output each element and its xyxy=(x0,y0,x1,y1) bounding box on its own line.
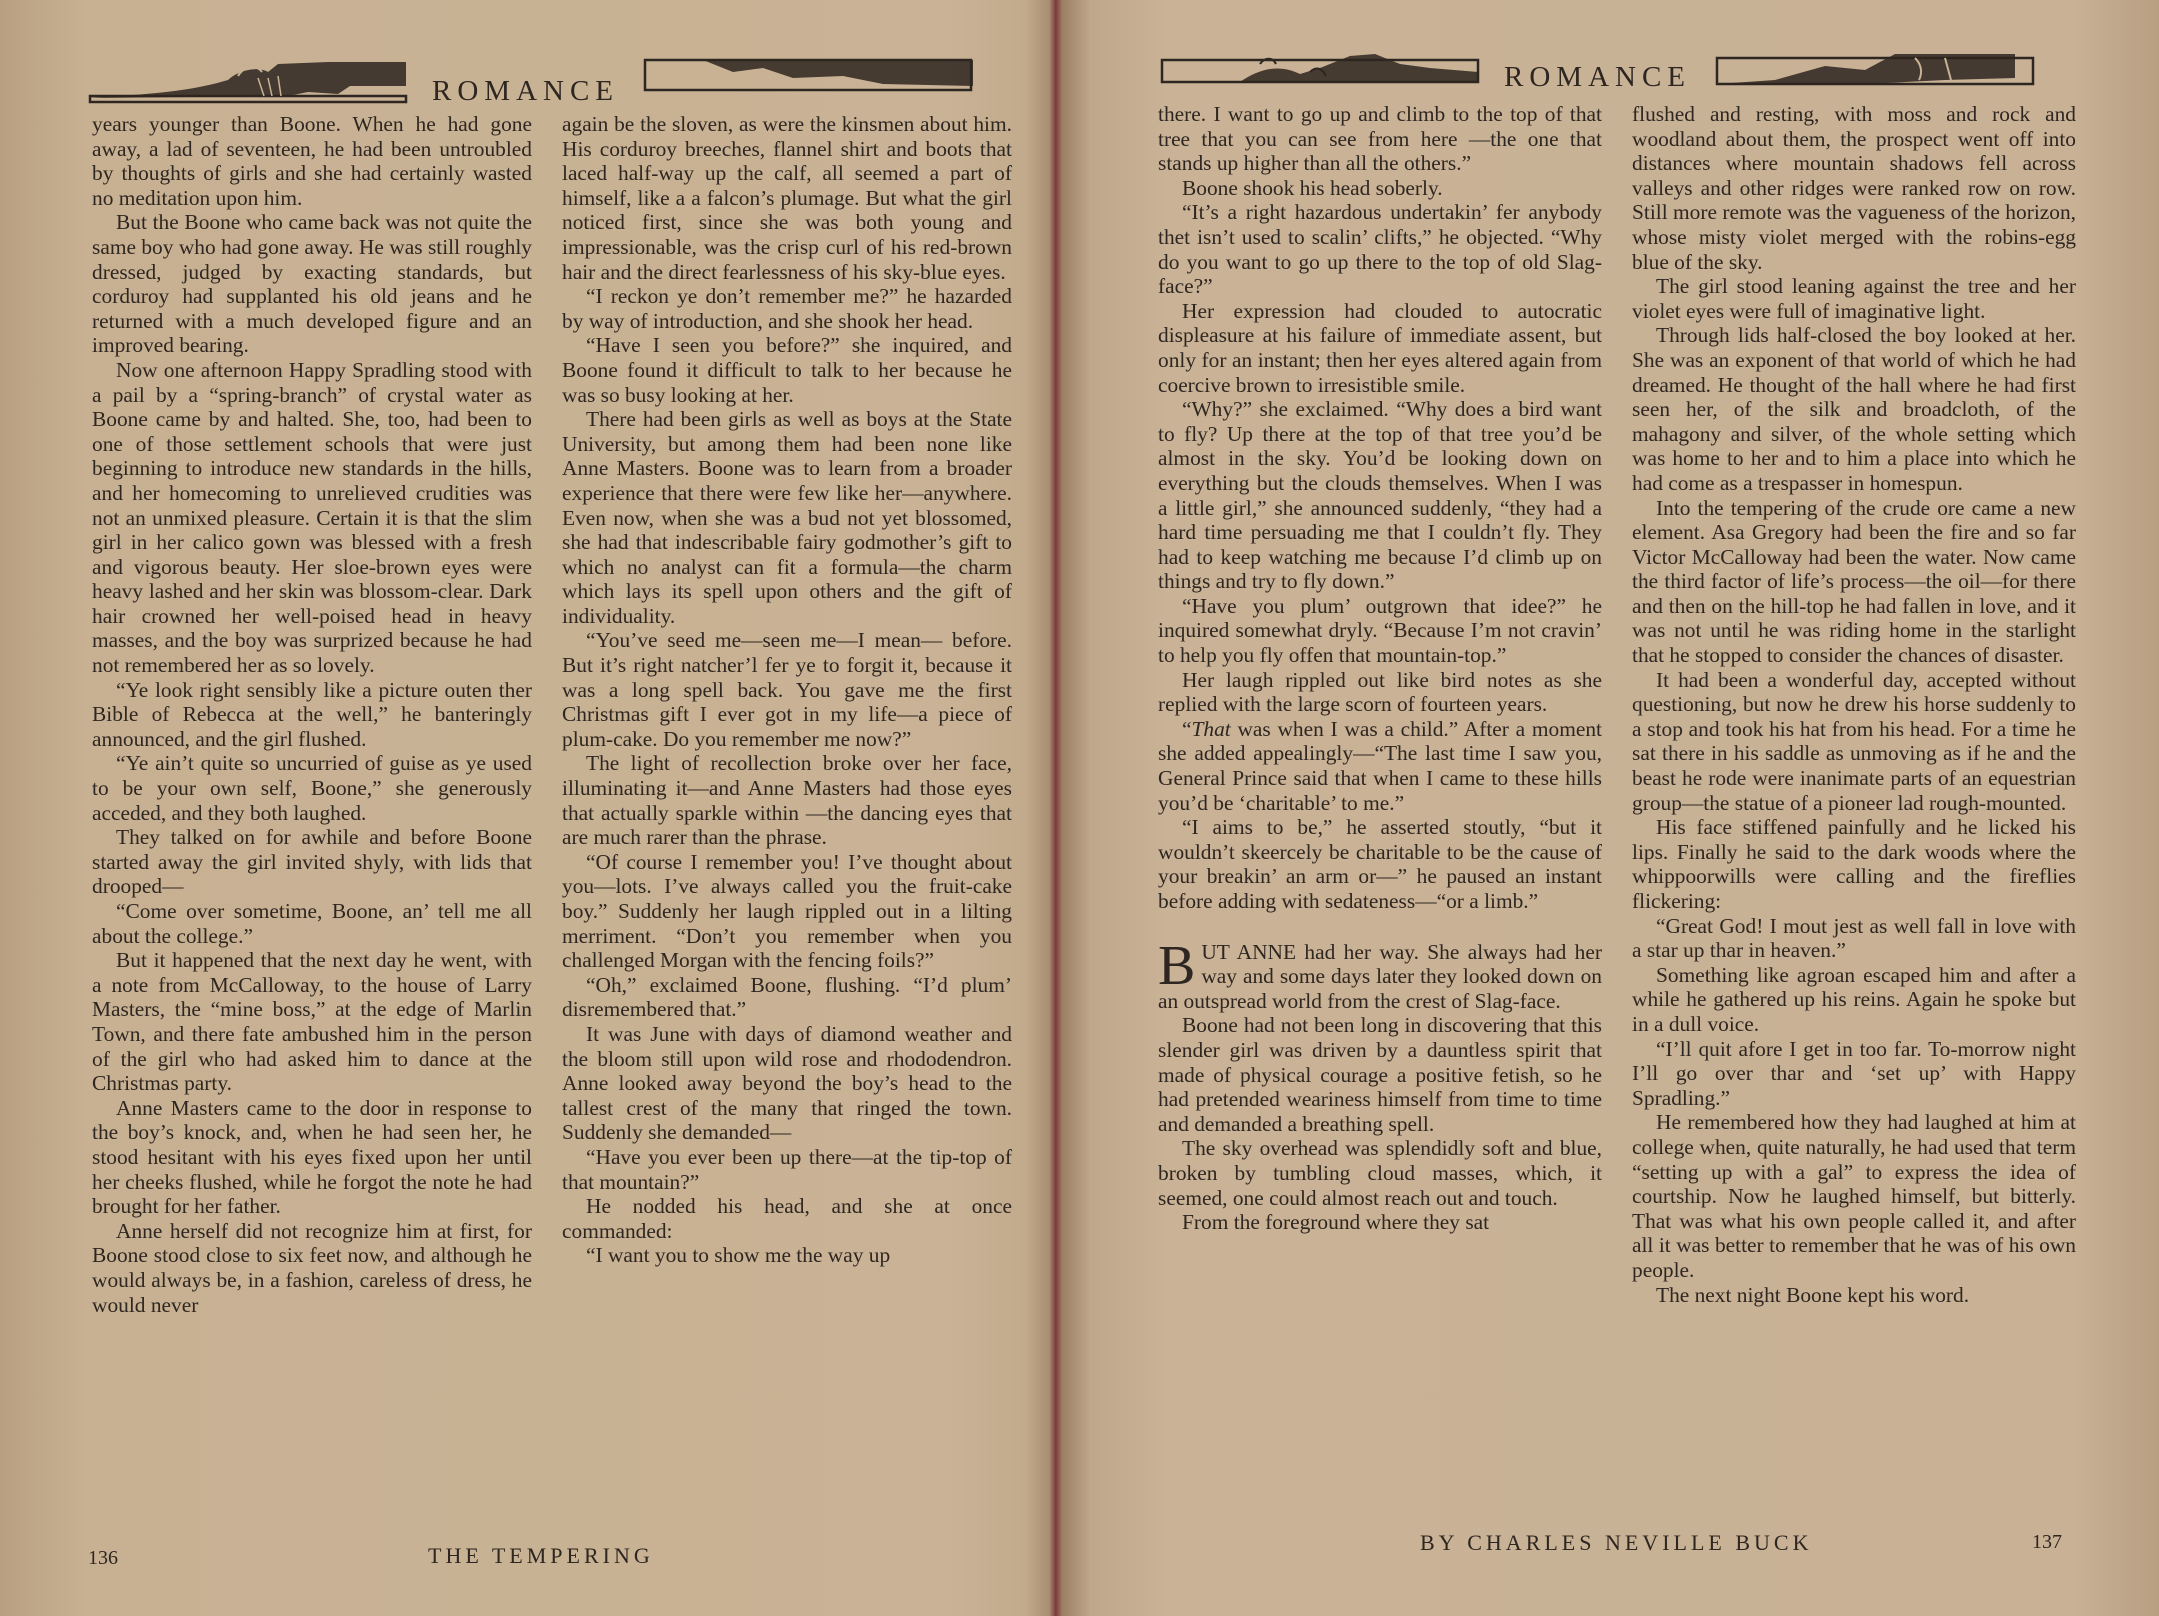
small-caps-lead: UT ANNE xyxy=(1201,940,1296,964)
right-column-2: flushed and resting, with moss and rock … xyxy=(1632,102,2076,1307)
left-running-head: ROMANCE xyxy=(88,58,973,106)
magazine-spread: ROMANCE years younger than Boone. When h… xyxy=(0,0,2159,1616)
paragraph: It had been a wonderful day, accepted wi… xyxy=(1632,668,2076,816)
drop-cap: B xyxy=(1158,944,1195,988)
paragraph: “I want you to show me the way up xyxy=(562,1243,1012,1268)
paragraph: years younger than Boone. When he had go… xyxy=(92,112,532,210)
paragraph: From the foreground where they sat xyxy=(1158,1210,1602,1235)
paragraph: He nodded his head, and she at once comm… xyxy=(562,1194,1012,1243)
running-head-title: ROMANCE xyxy=(1504,63,1691,92)
paragraph: flushed and resting, with moss and rock … xyxy=(1632,102,2076,274)
italic-emphasis: That xyxy=(1192,717,1231,741)
landscape-vignette-icon xyxy=(88,58,408,106)
paragraph: “Come over sometime, Boone, an’ tell me … xyxy=(92,899,532,948)
landscape-vignette-icon xyxy=(643,58,973,106)
paragraph: Her laugh rippled out like bird notes as… xyxy=(1158,668,1602,717)
paragraph: Boone had not been long in discovering t… xyxy=(1158,1013,1602,1136)
paragraph: “Oh,” exclaimed Boone, flushing. “I’d pl… xyxy=(562,973,1012,1022)
paragraph: “I aims to be,” he asserted stoutly, “bu… xyxy=(1158,815,1602,913)
paragraph: “Great God! I mout jest as well fall in … xyxy=(1632,914,2076,963)
right-column-1: there. I want to go up and climb to the … xyxy=(1158,102,1602,1235)
paragraph: The light of recollection broke over her… xyxy=(562,751,1012,849)
paragraph: “That was when I was a child.” After a m… xyxy=(1158,717,1602,815)
paragraph: Anne herself did not recognize him at fi… xyxy=(92,1219,532,1317)
paragraph: They talked on for awhile and before Boo… xyxy=(92,825,532,899)
page-number: 136 xyxy=(88,1548,118,1568)
running-head-title: ROMANCE xyxy=(432,77,619,106)
paragraph: “Ye look right sensibly like a picture o… xyxy=(92,678,532,752)
paragraph: But it happened that the next day he wen… xyxy=(92,948,532,1096)
paragraph: “Have I seen you before?” she inquired, … xyxy=(562,333,1012,407)
section-opening-paragraph: BUT ANNE had her way. She always had her… xyxy=(1158,940,1602,1014)
paragraph: “Of course I remember you! I’ve thought … xyxy=(562,850,1012,973)
paragraph: “Have you ever been up there—at the tip-… xyxy=(562,1145,1012,1194)
right-page: ROMANCE there. I want to go up and climb… xyxy=(1080,0,2159,1616)
paragraph: The girl stood leaning against the tree … xyxy=(1632,274,2076,323)
landscape-vignette-icon xyxy=(1160,50,1480,92)
paragraph: There had been girls as well as boys at … xyxy=(562,407,1012,628)
paragraph: Her expression had clouded to autocratic… xyxy=(1158,299,1602,397)
paragraph: He remembered how they had laughed at hi… xyxy=(1632,1110,2076,1282)
left-page: ROMANCE years younger than Boone. When h… xyxy=(0,0,1040,1616)
paragraph: “Have you plum’ outgrown that idee?” he … xyxy=(1158,594,1602,668)
paragraph: Something like agroan escaped him and af… xyxy=(1632,963,2076,1037)
paragraph: Boone shook his head soberly. xyxy=(1158,176,1602,201)
paragraph: there. I want to go up and climb to the … xyxy=(1158,102,1602,176)
left-column-1: years younger than Boone. When he had go… xyxy=(92,112,532,1317)
paragraph: “Ye ain’t quite so uncurried of guise as… xyxy=(92,751,532,825)
page-number: 137 xyxy=(2032,1532,2062,1552)
paragraph: Anne Masters came to the door in respons… xyxy=(92,1096,532,1219)
paragraph: “Why?” she exclaimed. “Why does a bird w… xyxy=(1158,397,1602,594)
paragraph: Now one afternoon Happy Spradling stood … xyxy=(92,358,532,678)
paragraph: “I’ll quit afore I get in too far. To-mo… xyxy=(1632,1037,2076,1111)
paragraph: It was June with days of diamond weather… xyxy=(562,1022,1012,1145)
paragraph: Through lids half-closed the boy looked … xyxy=(1632,323,2076,495)
paragraph: But the Boone who came back was not quit… xyxy=(92,210,532,358)
paragraph: His face stiffened painfully and he lick… xyxy=(1632,815,2076,913)
paragraph: Into the tempering of the crude ore came… xyxy=(1632,496,2076,668)
paragraph: “I reckon ye don’t remember me?” he haza… xyxy=(562,284,1012,333)
right-running-head: ROMANCE xyxy=(1160,50,2035,92)
left-column-2: again be the sloven, as were the kinsmen… xyxy=(562,112,1012,1268)
paragraph: The sky overhead was splendidly soft and… xyxy=(1158,1136,1602,1210)
footer-title: THE TEMPERING xyxy=(428,1545,654,1567)
paragraph: again be the sloven, as were the kinsmen… xyxy=(562,112,1012,284)
paragraph: “It’s a right hazardous undertakin’ fer … xyxy=(1158,200,1602,298)
landscape-vignette-icon xyxy=(1715,50,2035,92)
footer-byline: BY CHARLES NEVILLE BUCK xyxy=(1420,1532,1812,1554)
paragraph: The next night Boone kept his word. xyxy=(1632,1283,2076,1308)
paragraph: “You’ve seed me—seen me—I mean— before. … xyxy=(562,628,1012,751)
